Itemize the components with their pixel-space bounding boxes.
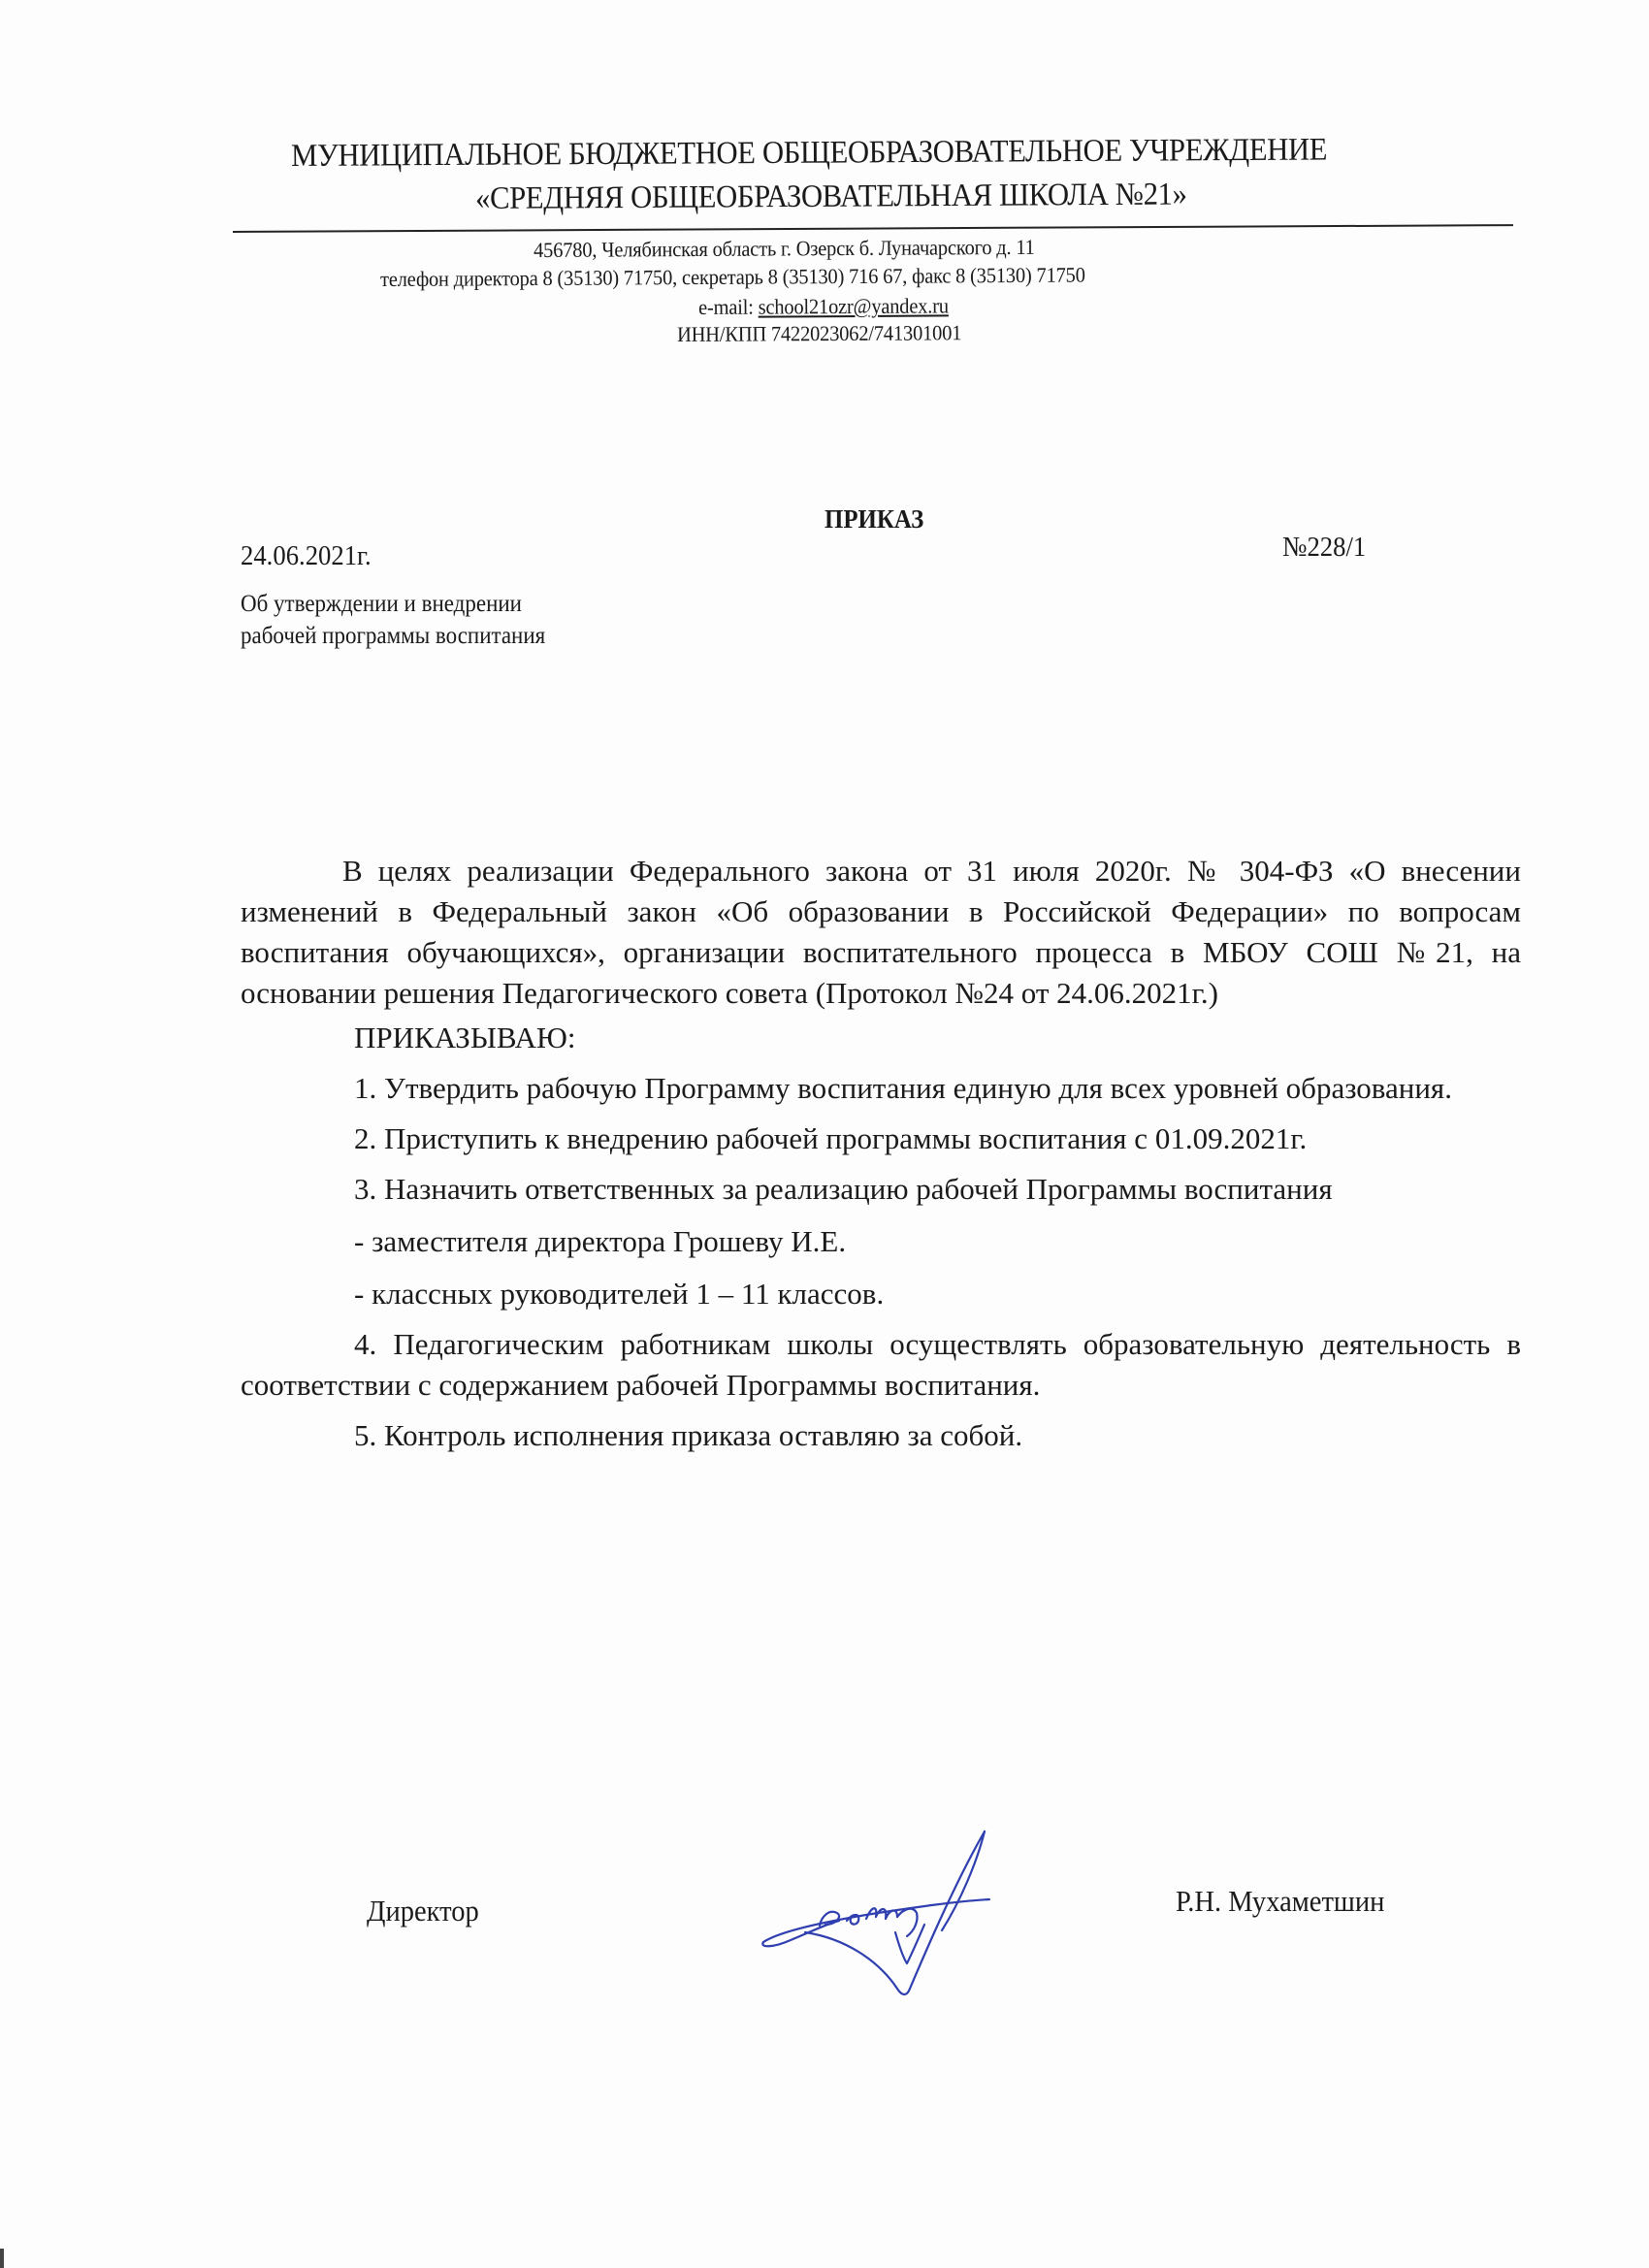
- organization-phones: телефон директора 8 (35130) 71750, секре…: [380, 263, 1085, 292]
- email-label: e-mail:: [698, 295, 759, 319]
- decree-word: ПРИКАЗЫВАЮ:: [241, 1018, 1521, 1058]
- order-date: 24.06.2021г.: [241, 540, 372, 572]
- scan-edge-mark: [0, 2249, 4, 2268]
- order-item-2: 2. Приступить к внедрению рабочей програ…: [241, 1118, 1521, 1159]
- order-subject: Об утверждении и внедрении рабочей прогр…: [241, 588, 651, 652]
- scanned-document-page: МУНИЦИПАЛЬНОЕ БЮДЖЕТНОЕ ОБЩЕОБРАЗОВАТЕЛЬ…: [0, 0, 1649, 2268]
- signatory-role: Директор: [367, 1894, 479, 1928]
- preamble-paragraph: В целях реализации Федерального закона о…: [241, 851, 1521, 1014]
- organization-name-line1: МУНИЦИПАЛЬНОЕ БЮДЖЕТНОЕ ОБЩЕОБРАЗОВАТЕЛЬ…: [291, 132, 1374, 175]
- order-subject-line2: рабочей программы воспитания: [241, 620, 651, 652]
- signatory-name: Р.Н. Мухаметшин: [1176, 1884, 1384, 1919]
- responsible-class-teachers: - классных руководителей 1 – 11 классов.: [241, 1274, 1521, 1314]
- letterhead-divider: [233, 224, 1513, 233]
- order-item-3: 3. Назначить ответственных за реализацию…: [241, 1169, 1521, 1210]
- email-link[interactable]: school21ozr@yandex.ru: [759, 293, 949, 318]
- order-subject-line1: Об утверждении и внедрении: [241, 588, 651, 620]
- order-item-4: 4. Педагогическим работникам школы осуще…: [241, 1324, 1521, 1406]
- handwritten-signature: [752, 1824, 1004, 2008]
- document-title: ПРИКАЗ: [824, 504, 923, 535]
- organization-email-line: e-mail: school21ozr@yandex.ru: [698, 293, 949, 320]
- order-body: В целях реализации Федерального закона о…: [241, 851, 1521, 1456]
- order-item-5: 5. Контроль исполнения приказа оставляю …: [241, 1415, 1521, 1456]
- organization-address: 456780, Челябинская область г. Озерск б.…: [533, 235, 1035, 263]
- organization-name-line2: «СРЕДНЯЯ ОБЩЕОБРАЗОВАТЕЛЬНАЯ ШКОЛА №21»: [475, 178, 1187, 217]
- organization-inn-kpp: ИНН/КПП 7422023062/741301001: [677, 320, 961, 347]
- order-number: №228/1: [1282, 532, 1366, 564]
- order-item-1: 1. Утвердить рабочую Программу воспитани…: [241, 1068, 1521, 1109]
- responsible-deputy: - заместителя директора Грошеву И.Е.: [241, 1221, 1521, 1262]
